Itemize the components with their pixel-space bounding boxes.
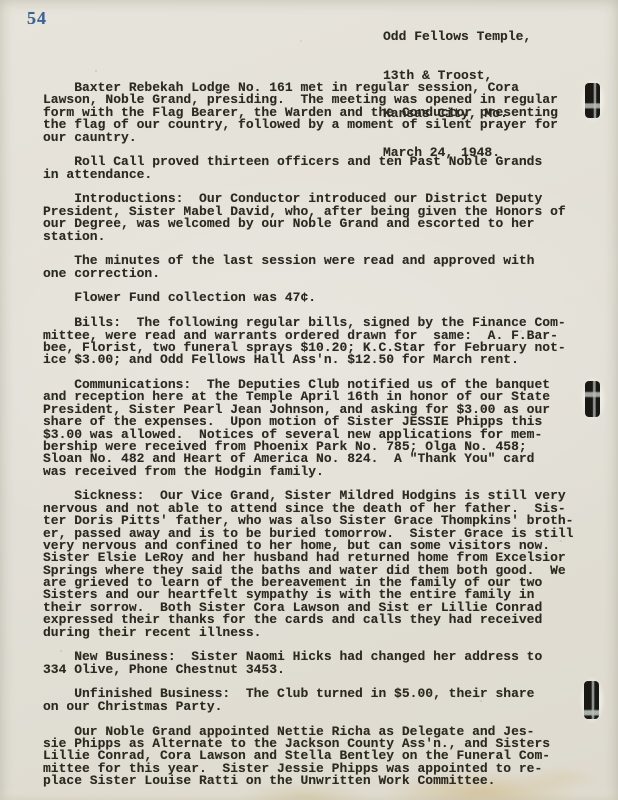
paragraph-new-business: New Business: Sister Naomi Hicks had cha… — [43, 651, 588, 676]
paragraph-roll-call: Roll Call proved thirteen officers and t… — [43, 156, 588, 181]
binding-mark-icon — [585, 83, 600, 118]
binding-mark-icon — [584, 681, 599, 719]
paragraph-communications: Communications: The Deputies Club notifi… — [43, 379, 588, 478]
binding-mark-icon — [585, 381, 600, 417]
scanned-document-page: 54 Odd Fellows Temple, 13th & Troost, Ka… — [0, 0, 618, 800]
paragraph-unfinished-business: Unfinished Business: The Club turned in … — [43, 688, 588, 713]
paragraph-appointments: Our Noble Grand appointed Nettie Richa a… — [43, 726, 588, 788]
binding-mark-halo — [580, 376, 606, 422]
paragraph-flower-fund: Flower Fund collection was 47¢. — [43, 292, 588, 304]
document-body: Baxter Rebekah Lodge No. 161 met in regu… — [43, 82, 588, 800]
paper-speckles — [0, 0, 2, 2]
binding-mark-halo — [579, 676, 605, 724]
paragraph-bills: Bills: The following regular bills, sign… — [43, 317, 588, 367]
binding-mark-halo — [580, 78, 606, 123]
paragraph-opening-session: Baxter Rebekah Lodge No. 161 met in regu… — [43, 82, 588, 144]
page-number: 54 — [27, 8, 47, 29]
paragraph-sickness: Sickness: Our Vice Grand, Sister Mildred… — [43, 490, 588, 639]
paragraph-introductions: Introductions: Our Conductor introduced … — [43, 193, 588, 243]
paragraph-minutes: The minutes of the last session were rea… — [43, 255, 588, 280]
header-line-temple: Odd Fellows Temple, — [383, 31, 531, 44]
